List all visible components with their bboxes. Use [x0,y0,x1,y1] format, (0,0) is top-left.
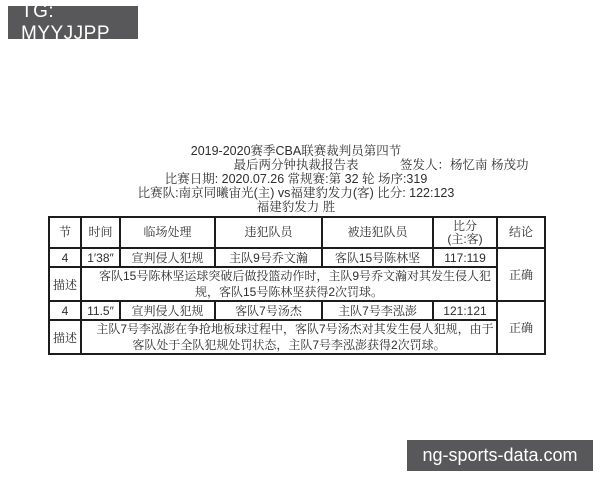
cell-conclusion: 正确 [497,248,545,301]
report-subtitle-row: 最后两分钟执裁报告表 签发人：杨忆南 杨茂功 [48,158,544,172]
watermark-site-text: ng-sports-data.com [422,445,577,466]
description-row-2: 描述 主队7号李泓澎在争抢地板球过程中，客队7号汤杰对其发生侵人犯规，由于客队处… [49,320,545,354]
incident-row-1: 4 1′38″ 宣判侵人犯规 主队9号乔文瀚 客队15号陈林坚 117:119 … [49,248,545,267]
cell-time: 1′38″ [81,248,120,267]
cell-period: 4 [49,301,81,320]
cell-ruling: 宣判侵人犯规 [120,248,215,267]
desc-label-cell: 描述 [49,320,81,354]
report-result-line: 福建豹发力 胜 [48,200,544,214]
col-header-offended: 被违犯队员 [322,217,433,248]
referee-report-document: 2019-2020赛季CBA联赛裁判员第四节 最后两分钟执裁报告表 签发人：杨忆… [48,144,544,355]
col-header-time: 时间 [81,217,120,248]
cell-offended: 客队15号陈林坚 [322,248,433,267]
watermark-tag-text: TG: MYYJJPP [21,1,138,45]
col-header-offender: 违犯队员 [215,217,322,248]
col-header-score-line1: 比分 [436,220,494,233]
incidents-table: 节 时间 临场处理 违犯队员 被违犯队员 比分 (主:客) 结论 4 1′38″… [48,216,546,355]
cell-offender: 主队9号乔文瀚 [215,248,322,267]
watermark-site-label: ng-sports-data.com [407,440,593,471]
cell-period: 4 [49,248,81,267]
col-header-conclusion: 结论 [497,217,545,248]
report-issuer: 签发人：杨忆南 杨茂功 [400,158,528,172]
description-cell: 主队7号李泓澎在争抢地板球过程中，客队7号汤杰对其发生侵人犯规，由于客队处于全队… [81,320,497,354]
watermark-tag-label: TG: MYYJJPP [8,6,138,39]
col-header-period: 节 [49,217,81,248]
description-row-1: 描述 客队15号陈林坚运球突破后做投篮动作时，主队9号乔文瀚对其发生侵人犯规，客… [49,267,545,301]
cell-score: 117:119 [433,248,497,267]
report-title: 2019-2020赛季CBA联赛裁判员第四节 [48,144,544,158]
cell-offended: 主队7号李泓澎 [322,301,433,320]
desc-label-cell: 描述 [49,267,81,301]
cell-conclusion: 正确 [497,301,545,354]
cell-score: 121:121 [433,301,497,320]
table-header-row: 节 时间 临场处理 违犯队员 被违犯队员 比分 (主:客) 结论 [49,217,545,248]
report-teams-line: 比赛队:南京同曦宙光(主) vs福建豹发力(客) 比分: 122:123 [48,186,544,200]
cell-offender: 客队7号汤杰 [215,301,322,320]
col-header-score: 比分 (主:客) [433,217,497,248]
description-cell: 客队15号陈林坚运球突破后做投篮动作时，主队9号乔文瀚对其发生侵人犯规，客队15… [81,267,497,301]
report-date-line: 比赛日期: 2020.07.26 常规赛:第 32 轮 场序:319 [48,172,544,186]
report-subtitle: 最后两分钟执裁报告表 [233,158,358,172]
col-header-score-line2: (主:客) [436,233,494,246]
cell-ruling: 宣判侵人犯规 [120,301,215,320]
incident-row-2: 4 11.5″ 宣判侵人犯规 客队7号汤杰 主队7号李泓澎 121:121 正确 [49,301,545,320]
cell-time: 11.5″ [81,301,120,320]
col-header-ruling: 临场处理 [120,217,215,248]
